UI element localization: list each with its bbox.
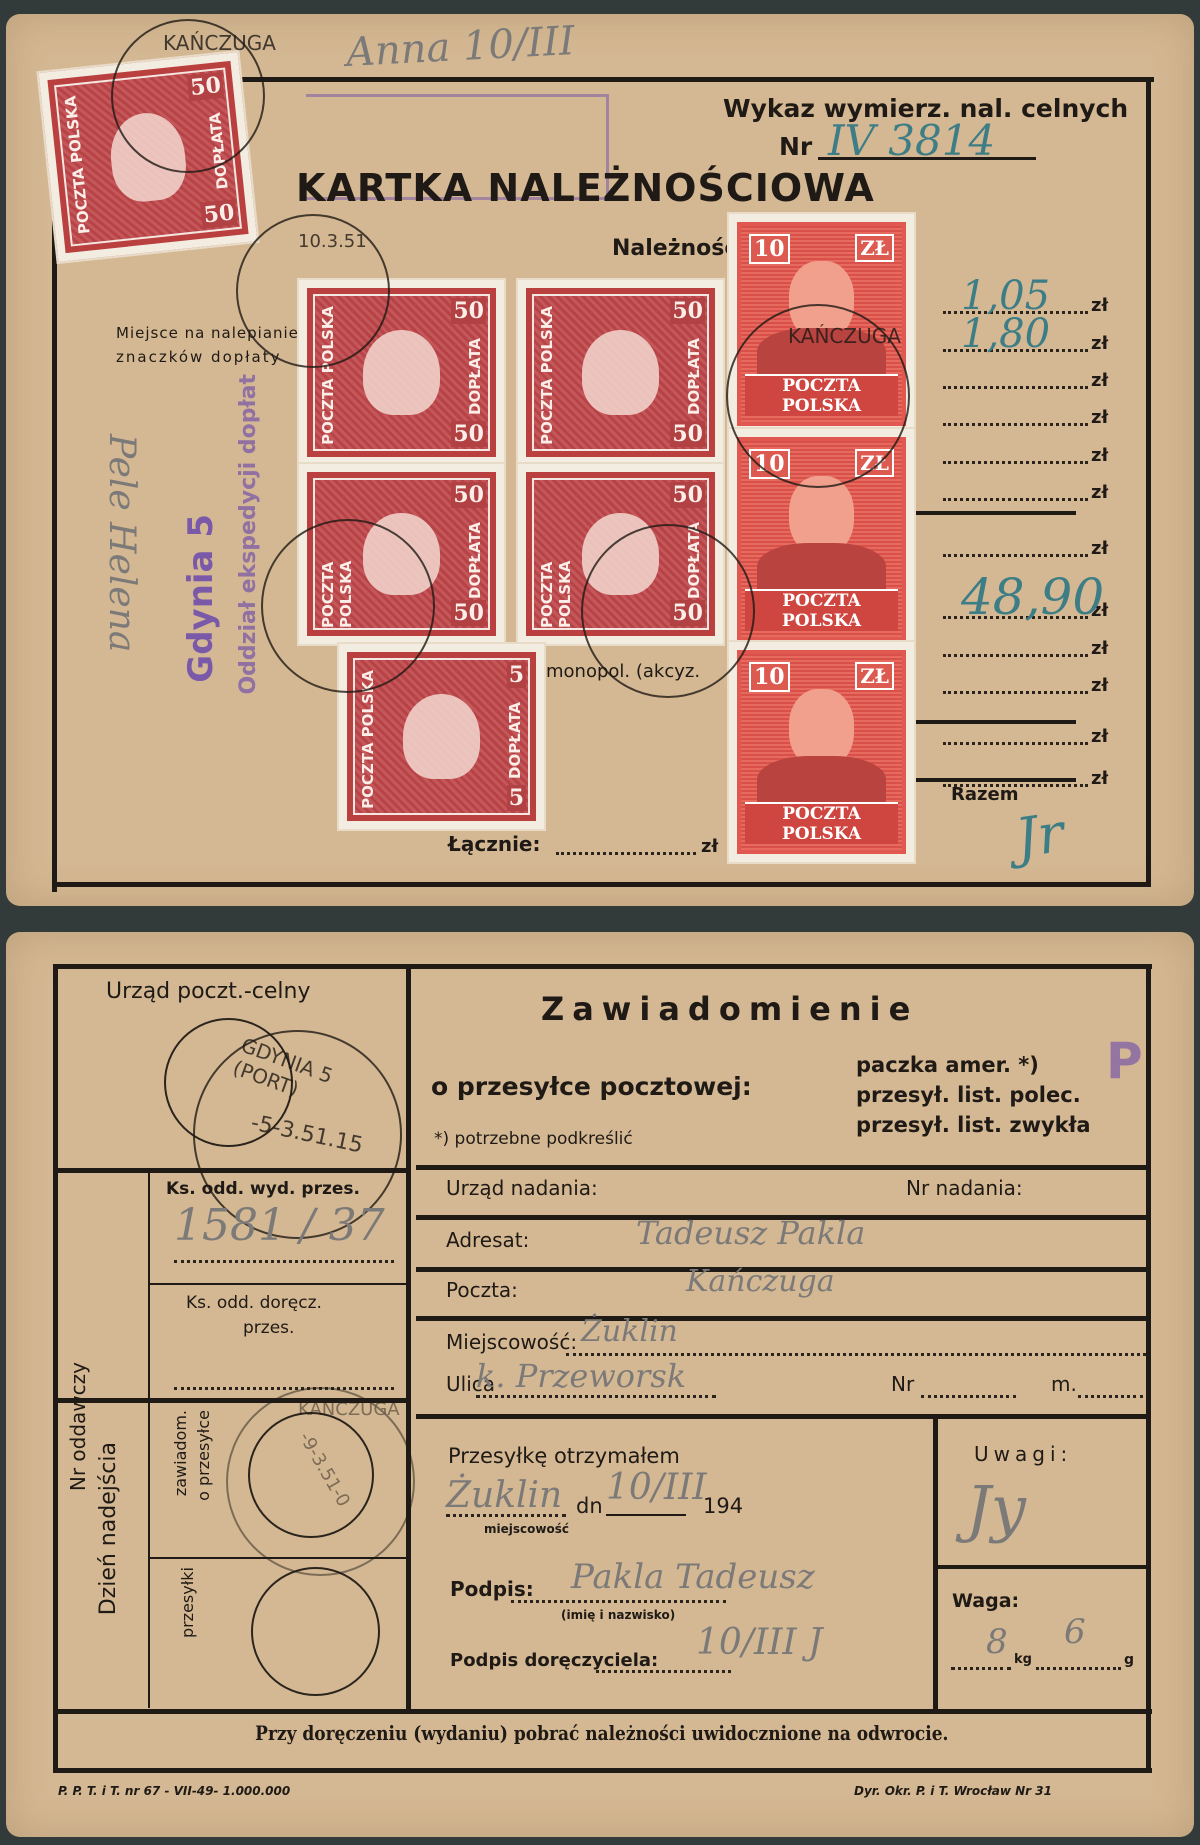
- zawiadom-label-2: o przesyłce: [194, 1410, 213, 1501]
- frame-left: [52, 217, 57, 892]
- bottom-notice: Przy doręczeniu (wydaniu) pobrać należno…: [255, 1721, 948, 1745]
- frame-left: [53, 964, 58, 1772]
- option-registered-letter: przesył. list. polec.: [856, 1080, 1091, 1110]
- ks-dorecz-label-1: Ks. odd. doręcz.: [186, 1293, 322, 1313]
- amount-currency: zł: [1091, 445, 1108, 466]
- card-title: KARTKA NALEŻNOŚCIOWA: [296, 166, 875, 210]
- amount-value: 48,90: [961, 568, 1104, 626]
- miejscowosc-dotted: [566, 1353, 1146, 1356]
- razem-label: Razem: [951, 784, 1018, 805]
- stamp-country: POCZTA POLSKA: [745, 589, 898, 631]
- frame-top: [149, 77, 1154, 82]
- nr-label: Nr: [779, 132, 812, 161]
- notification-title: Zawiadomienie: [541, 990, 918, 1028]
- option-ordinary-letter: przesył. list. zwykła: [856, 1110, 1091, 1140]
- m-dotted: [1078, 1395, 1143, 1398]
- nr-oddawczy-label: Nr oddawczy: [66, 1362, 90, 1491]
- remarks-label: Uwagi:: [974, 1442, 1072, 1466]
- ulica-dotted: [476, 1395, 716, 1398]
- violet-mark: P: [1106, 1032, 1143, 1090]
- field-divider-3: [416, 1316, 1151, 1321]
- amount-row: zł1,05: [941, 281, 1121, 315]
- amount-dotted-line: [943, 742, 1088, 745]
- stamp-label: DOPŁATA: [466, 522, 484, 599]
- postmark-kanczuga-3: [261, 519, 435, 693]
- amount-row: zł: [941, 661, 1121, 695]
- frame-bottom: [53, 1768, 1152, 1773]
- weight-label: Waga:: [952, 1590, 1019, 1612]
- stamp-country: POCZTA POLSKA: [538, 306, 556, 445]
- stamp-value: 50: [451, 298, 486, 324]
- amount-row: zł: [941, 468, 1121, 502]
- left-column-divider: [406, 964, 411, 1712]
- adresat-label: Adresat:: [446, 1228, 529, 1252]
- stamp-label: DOPŁATA: [506, 702, 524, 779]
- amount-dotted-line: [943, 554, 1088, 557]
- frame-bottom: [52, 882, 1151, 887]
- postmark-kanczuga-2: 10.3.51: [236, 214, 390, 368]
- nr-label: Nr: [891, 1372, 914, 1396]
- stamp-country: POCZTA POLSKA: [745, 802, 898, 844]
- signature-dotted: [511, 1600, 726, 1603]
- nr-nadania-label: Nr nadania:: [906, 1176, 1023, 1200]
- office-rubber-stamp: Oddział ekspedycji dopłat: [236, 374, 261, 695]
- weight-kg-value: 8: [986, 1622, 1008, 1662]
- amount-dotted-line: [943, 461, 1088, 464]
- weight-g-value: 6: [1064, 1612, 1086, 1652]
- arrival-circle-2: [251, 1567, 380, 1696]
- amount-row: zł1,80: [941, 319, 1121, 353]
- eagle-emblem-icon: [403, 694, 479, 780]
- stamp-country: POCZTA POLSKA: [61, 95, 93, 235]
- amount-currency: zł: [1091, 768, 1108, 789]
- amount-currency: zł: [1091, 295, 1108, 316]
- ks-dorecz-dotted: [174, 1387, 394, 1390]
- postmark-kanczuga-1: KAŃCZUGA: [111, 19, 265, 173]
- notice-divider: [53, 1709, 1152, 1714]
- signature-label: Podpis:: [450, 1577, 534, 1601]
- amount-dotted-line: [943, 423, 1088, 426]
- amount-currency: zł: [1091, 638, 1108, 659]
- amount-row: zł: [941, 431, 1121, 465]
- frame-right: [1146, 964, 1151, 1772]
- stamp-value: 50: [451, 482, 486, 508]
- weight-kg-unit: kg: [1014, 1652, 1032, 1667]
- stamp-label: DOPŁATA: [466, 338, 484, 415]
- amount-row: zł: [941, 356, 1121, 390]
- amount-row: zł: [941, 393, 1121, 427]
- stamp-value: 50: [670, 421, 705, 447]
- stamp-value: 50: [451, 600, 486, 626]
- amount-dotted-line: [943, 498, 1088, 501]
- ks-wyd-dotted: [174, 1260, 394, 1263]
- amount-dotted-line: [943, 654, 1088, 657]
- poczta-label: Poczta:: [446, 1278, 518, 1302]
- option-american-parcel: paczka amer. *): [856, 1050, 1091, 1080]
- footnote: *) potrzebne podkreślić: [434, 1129, 633, 1149]
- nr-value: IV 3814: [828, 116, 995, 165]
- handwritten-note-top: Anna 10/III: [345, 18, 576, 76]
- remarks-value: Jy: [966, 1472, 1026, 1545]
- eagle-emblem-icon: [363, 330, 439, 416]
- remarks-divider: [933, 1414, 938, 1711]
- stamp-country: POCZTA POLSKA: [538, 490, 574, 628]
- amount-row: zł: [941, 754, 1121, 788]
- date-value: 10/III: [606, 1467, 707, 1508]
- place-value: Żuklin: [446, 1475, 562, 1516]
- imprint-left: P. P. T. i T. nr 67 - VII-49- 1.000.000: [58, 1784, 290, 1798]
- gdynia-rubber-stamp: Gdynia 5: [181, 514, 221, 683]
- postmark-kanczuga-5: KAŃCZUGA: [726, 304, 910, 488]
- amount-currency: zł: [1091, 370, 1108, 391]
- amount-dotted-line: [943, 691, 1088, 694]
- amount-value: 1,80: [961, 311, 1050, 357]
- amount-currency: zł: [1091, 726, 1108, 747]
- postage-due-stamp: POCZTA POLSKADOPŁATA5050: [518, 280, 723, 465]
- signature-value: Pakla Tadeusz: [571, 1557, 815, 1597]
- dn-label: dn: [576, 1494, 603, 1518]
- przesylki-label: przesyłki: [178, 1567, 197, 1638]
- ks-dorecz-label-2: przes.: [243, 1318, 294, 1338]
- notification-subtitle: o przesyłce pocztowej:: [431, 1072, 752, 1101]
- place-caption: miejscowość: [484, 1522, 569, 1536]
- imprint-right: Dyr. Okr. P. i T. Wrocław Nr 31: [854, 1784, 1052, 1798]
- total-label: Łącznie:: [448, 832, 541, 856]
- total-dotted-line: [556, 852, 696, 855]
- field-divider-4: [416, 1414, 1151, 1419]
- date-line: [606, 1514, 686, 1516]
- weight-kg-dotted: [951, 1667, 1011, 1670]
- office-label: Urząd poczt.-celny: [106, 979, 310, 1004]
- weight-g-dotted: [1036, 1667, 1121, 1670]
- ks-wyd-label: Ks. odd. wyd. przes.: [166, 1179, 360, 1199]
- left-inner-h-1: [148, 1283, 408, 1285]
- left-inner-divider: [148, 1168, 150, 1708]
- carrier-dotted: [596, 1670, 731, 1673]
- amount-row: zł: [941, 712, 1121, 746]
- amount-currency: zł: [1091, 538, 1108, 559]
- postmark-kanczuga: KAŃCZUGA -9-3.51-0: [226, 1387, 415, 1576]
- dzien-label: Dzień nadejścia: [96, 1442, 121, 1615]
- stamp-value: 50: [451, 421, 486, 447]
- place-dotted: [446, 1514, 566, 1517]
- adresat-value: Tadeusz Pakla: [636, 1214, 865, 1252]
- m-label: m.: [1051, 1372, 1077, 1396]
- ks-wyd-value: 1581 / 37: [174, 1200, 385, 1251]
- amount-currency: zł: [1091, 333, 1108, 354]
- amount-row: zł: [941, 524, 1121, 558]
- shipment-type-options: paczka amer. *) przesył. list. polec. pr…: [856, 1050, 1091, 1140]
- eagle-emblem-icon: [582, 330, 658, 416]
- stamp-value: 50: [200, 199, 237, 228]
- urzad-nadania-label: Urząd nadania:: [446, 1176, 598, 1200]
- stamp-value: 10: [749, 234, 790, 264]
- amount-currency: zł: [1091, 482, 1108, 503]
- handwritten-name-side: Pele Helena: [101, 434, 142, 652]
- definitive-stamp: 10ZŁPOCZTA POLSKA: [729, 642, 914, 862]
- total-currency: zł: [701, 836, 718, 857]
- weight-divider: [933, 1565, 1148, 1569]
- signature: Jr: [1012, 801, 1068, 870]
- amount-dotted-line: [943, 386, 1088, 389]
- stamp-place-label-2: znaczków dopłaty: [116, 348, 282, 366]
- signature-caption: (imię i nazwisko): [561, 1608, 675, 1622]
- frame-top: [53, 964, 1152, 969]
- stamp-value: 50: [670, 482, 705, 508]
- year-prefix: 194: [703, 1494, 743, 1518]
- poczta-value: Kańczuga: [686, 1264, 835, 1299]
- stamp-value: 50: [670, 298, 705, 324]
- zawiadom-label-1: zawiadom.: [171, 1410, 190, 1496]
- miejscowosc-label: Miejscowość:: [446, 1330, 577, 1354]
- postmark-kanczuga-4: [581, 524, 755, 698]
- customs-dues-card: Wykaz wymierz. nal. celnych Nr IV 3814 K…: [6, 14, 1194, 906]
- amount-row: zł48,90: [941, 586, 1121, 620]
- nr-dotted: [921, 1395, 1016, 1398]
- notification-card: Urząd poczt.-celny GDYNIA 5 (PORT) -5-3.…: [6, 932, 1194, 1837]
- ulica-value: k. Przeworsk: [476, 1357, 686, 1395]
- received-label: Przesyłkę otrzymałem: [448, 1444, 680, 1468]
- miejscowosc-value: Żuklin: [581, 1314, 678, 1349]
- stamp-value: 10: [749, 662, 790, 692]
- frame-right: [1146, 77, 1151, 887]
- stamp-value: 5: [507, 662, 526, 688]
- bottom-notice-row: Przy doręczeniu (wydaniu) pobrać należno…: [58, 1721, 1146, 1745]
- carrier-label: Podpis doręczyciela:: [450, 1650, 658, 1671]
- amount-currency: zł: [1091, 675, 1108, 696]
- stamp-unit: ZŁ: [855, 662, 894, 690]
- amount-currency: zł: [1091, 407, 1108, 428]
- carrier-value: 10/III J: [696, 1622, 822, 1663]
- amount-row: zł: [941, 624, 1121, 658]
- stamp-label: DOPŁATA: [685, 338, 703, 415]
- stamp-value: 5: [507, 785, 526, 811]
- stamp-unit: ZŁ: [855, 234, 894, 262]
- weight-g-unit: g: [1124, 1652, 1134, 1668]
- field-divider-0: [416, 1165, 1151, 1170]
